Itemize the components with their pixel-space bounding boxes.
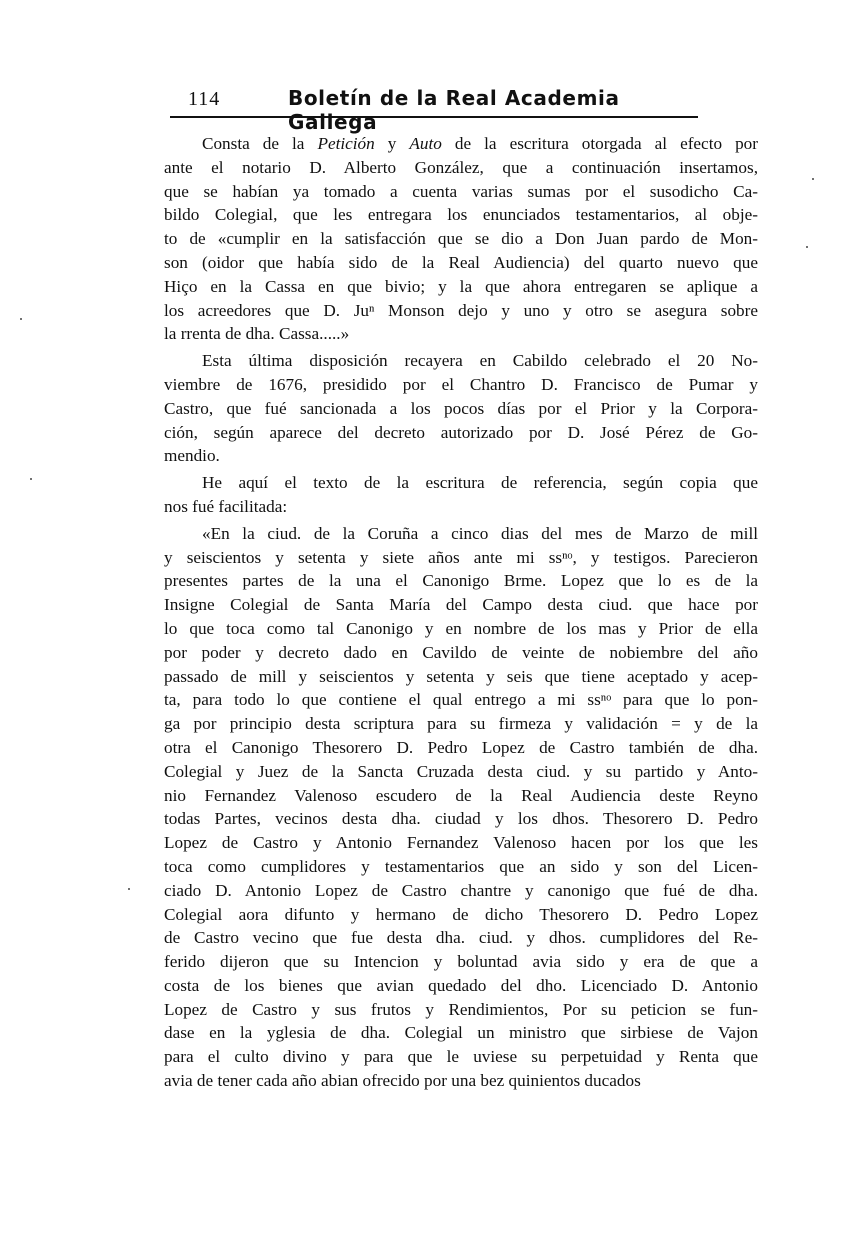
text-line: presentes partes de la una el Canonigo B… <box>164 569 758 593</box>
running-header: 114 Boletín de la Real Academia Gallega <box>170 84 698 118</box>
body-text: Consta de la Petición y Auto de la escri… <box>164 132 758 1093</box>
text-line: ante el notario D. Alberto González, que… <box>164 156 758 180</box>
text-line: la rrenta de dha. Cassa.....» <box>164 322 758 346</box>
text-line: lo que toca como tal Canonigo y en nombr… <box>164 617 758 641</box>
paragraph: Consta de la Petición y Auto de la escri… <box>164 132 758 346</box>
text-line: He aquí el texto de la escritura de refe… <box>164 471 758 495</box>
text-line: ta, para todo lo que contiene el qual en… <box>164 688 758 712</box>
text-line: nio Fernandez Valenoso escudero de la Re… <box>164 784 758 808</box>
text-line: Consta de la Petición y Auto de la escri… <box>164 132 758 156</box>
text-line: que se habían ya tomado a cuenta varias … <box>164 180 758 204</box>
text-line: dase en la yglesia de dha. Colegial un m… <box>164 1021 758 1045</box>
scan-speck <box>128 888 130 890</box>
scan-speck <box>30 478 32 480</box>
text-line: to de «cumplir en la satisfacción que se… <box>164 227 758 251</box>
text-line: son (oidor que había sido de la Real Aud… <box>164 251 758 275</box>
scan-speck <box>812 178 814 180</box>
text-line: Castro, que fué sancionada a los pocos d… <box>164 397 758 421</box>
text-line: por poder y decreto dado en Cavildo de v… <box>164 641 758 665</box>
text-line: otra el Canonigo Thesorero D. Pedro Lope… <box>164 736 758 760</box>
text-line: viembre de 1676, presidido por el Chantr… <box>164 373 758 397</box>
scan-speck <box>806 246 808 248</box>
text-line: toca como cumplidores y testamentarios q… <box>164 855 758 879</box>
text-line: Insigne Colegial de Santa María del Camp… <box>164 593 758 617</box>
text-line: avia de tener cada año abian ofrecido po… <box>164 1069 758 1093</box>
text-line: ferido dijeron que su Intencion y bolunt… <box>164 950 758 974</box>
text-line: Colegial aora difunto y hermano de dicho… <box>164 903 758 927</box>
text-line: nos fué facilitada: <box>164 495 758 519</box>
journal-title: Boletín de la Real Academia Gallega <box>288 86 698 134</box>
text-line: Lopez de Castro y Antonio Fernandez Vale… <box>164 831 758 855</box>
text-line: y seiscientos y setenta y siete años ant… <box>164 546 758 570</box>
text-line: Colegial y Juez de la Sancta Cruzada des… <box>164 760 758 784</box>
text-line: Hiço en la Cassa en que bivio; y la que … <box>164 275 758 299</box>
scan-speck <box>20 318 22 320</box>
text-line: «En la ciud. de la Coruña a cinco dias d… <box>164 522 758 546</box>
text-line: costa de los bienes que avian quedado de… <box>164 974 758 998</box>
text-line: ción, según aparece del decreto autoriza… <box>164 421 758 445</box>
text-line: los acreedores que D. Juⁿ Monson dejo y … <box>164 299 758 323</box>
document-page: 114 Boletín de la Real Academia Gallega … <box>0 0 850 1251</box>
text-line: Lopez de Castro y sus frutos y Rendimien… <box>164 998 758 1022</box>
text-line: ga por principio desta scriptura para su… <box>164 712 758 736</box>
text-line: de Castro vecino que fue desta dha. ciud… <box>164 926 758 950</box>
text-line: bildo Colegial, que les entregara los en… <box>164 203 758 227</box>
text-line: Esta última disposición recayera en Cabi… <box>164 349 758 373</box>
text-line: passado de mill y seiscientos y setenta … <box>164 665 758 689</box>
text-line: para el culto divino y para que le uvies… <box>164 1045 758 1069</box>
paragraph: He aquí el texto de la escritura de refe… <box>164 471 758 519</box>
page-number: 114 <box>188 88 220 111</box>
paragraph: «En la ciud. de la Coruña a cinco dias d… <box>164 522 758 1093</box>
text-line: todas Partes, vecinos desta dha. ciudad … <box>164 807 758 831</box>
text-line: ciado D. Antonio Lopez de Castro chantre… <box>164 879 758 903</box>
text-line: mendio. <box>164 444 758 468</box>
paragraph: Esta última disposición recayera en Cabi… <box>164 349 758 468</box>
